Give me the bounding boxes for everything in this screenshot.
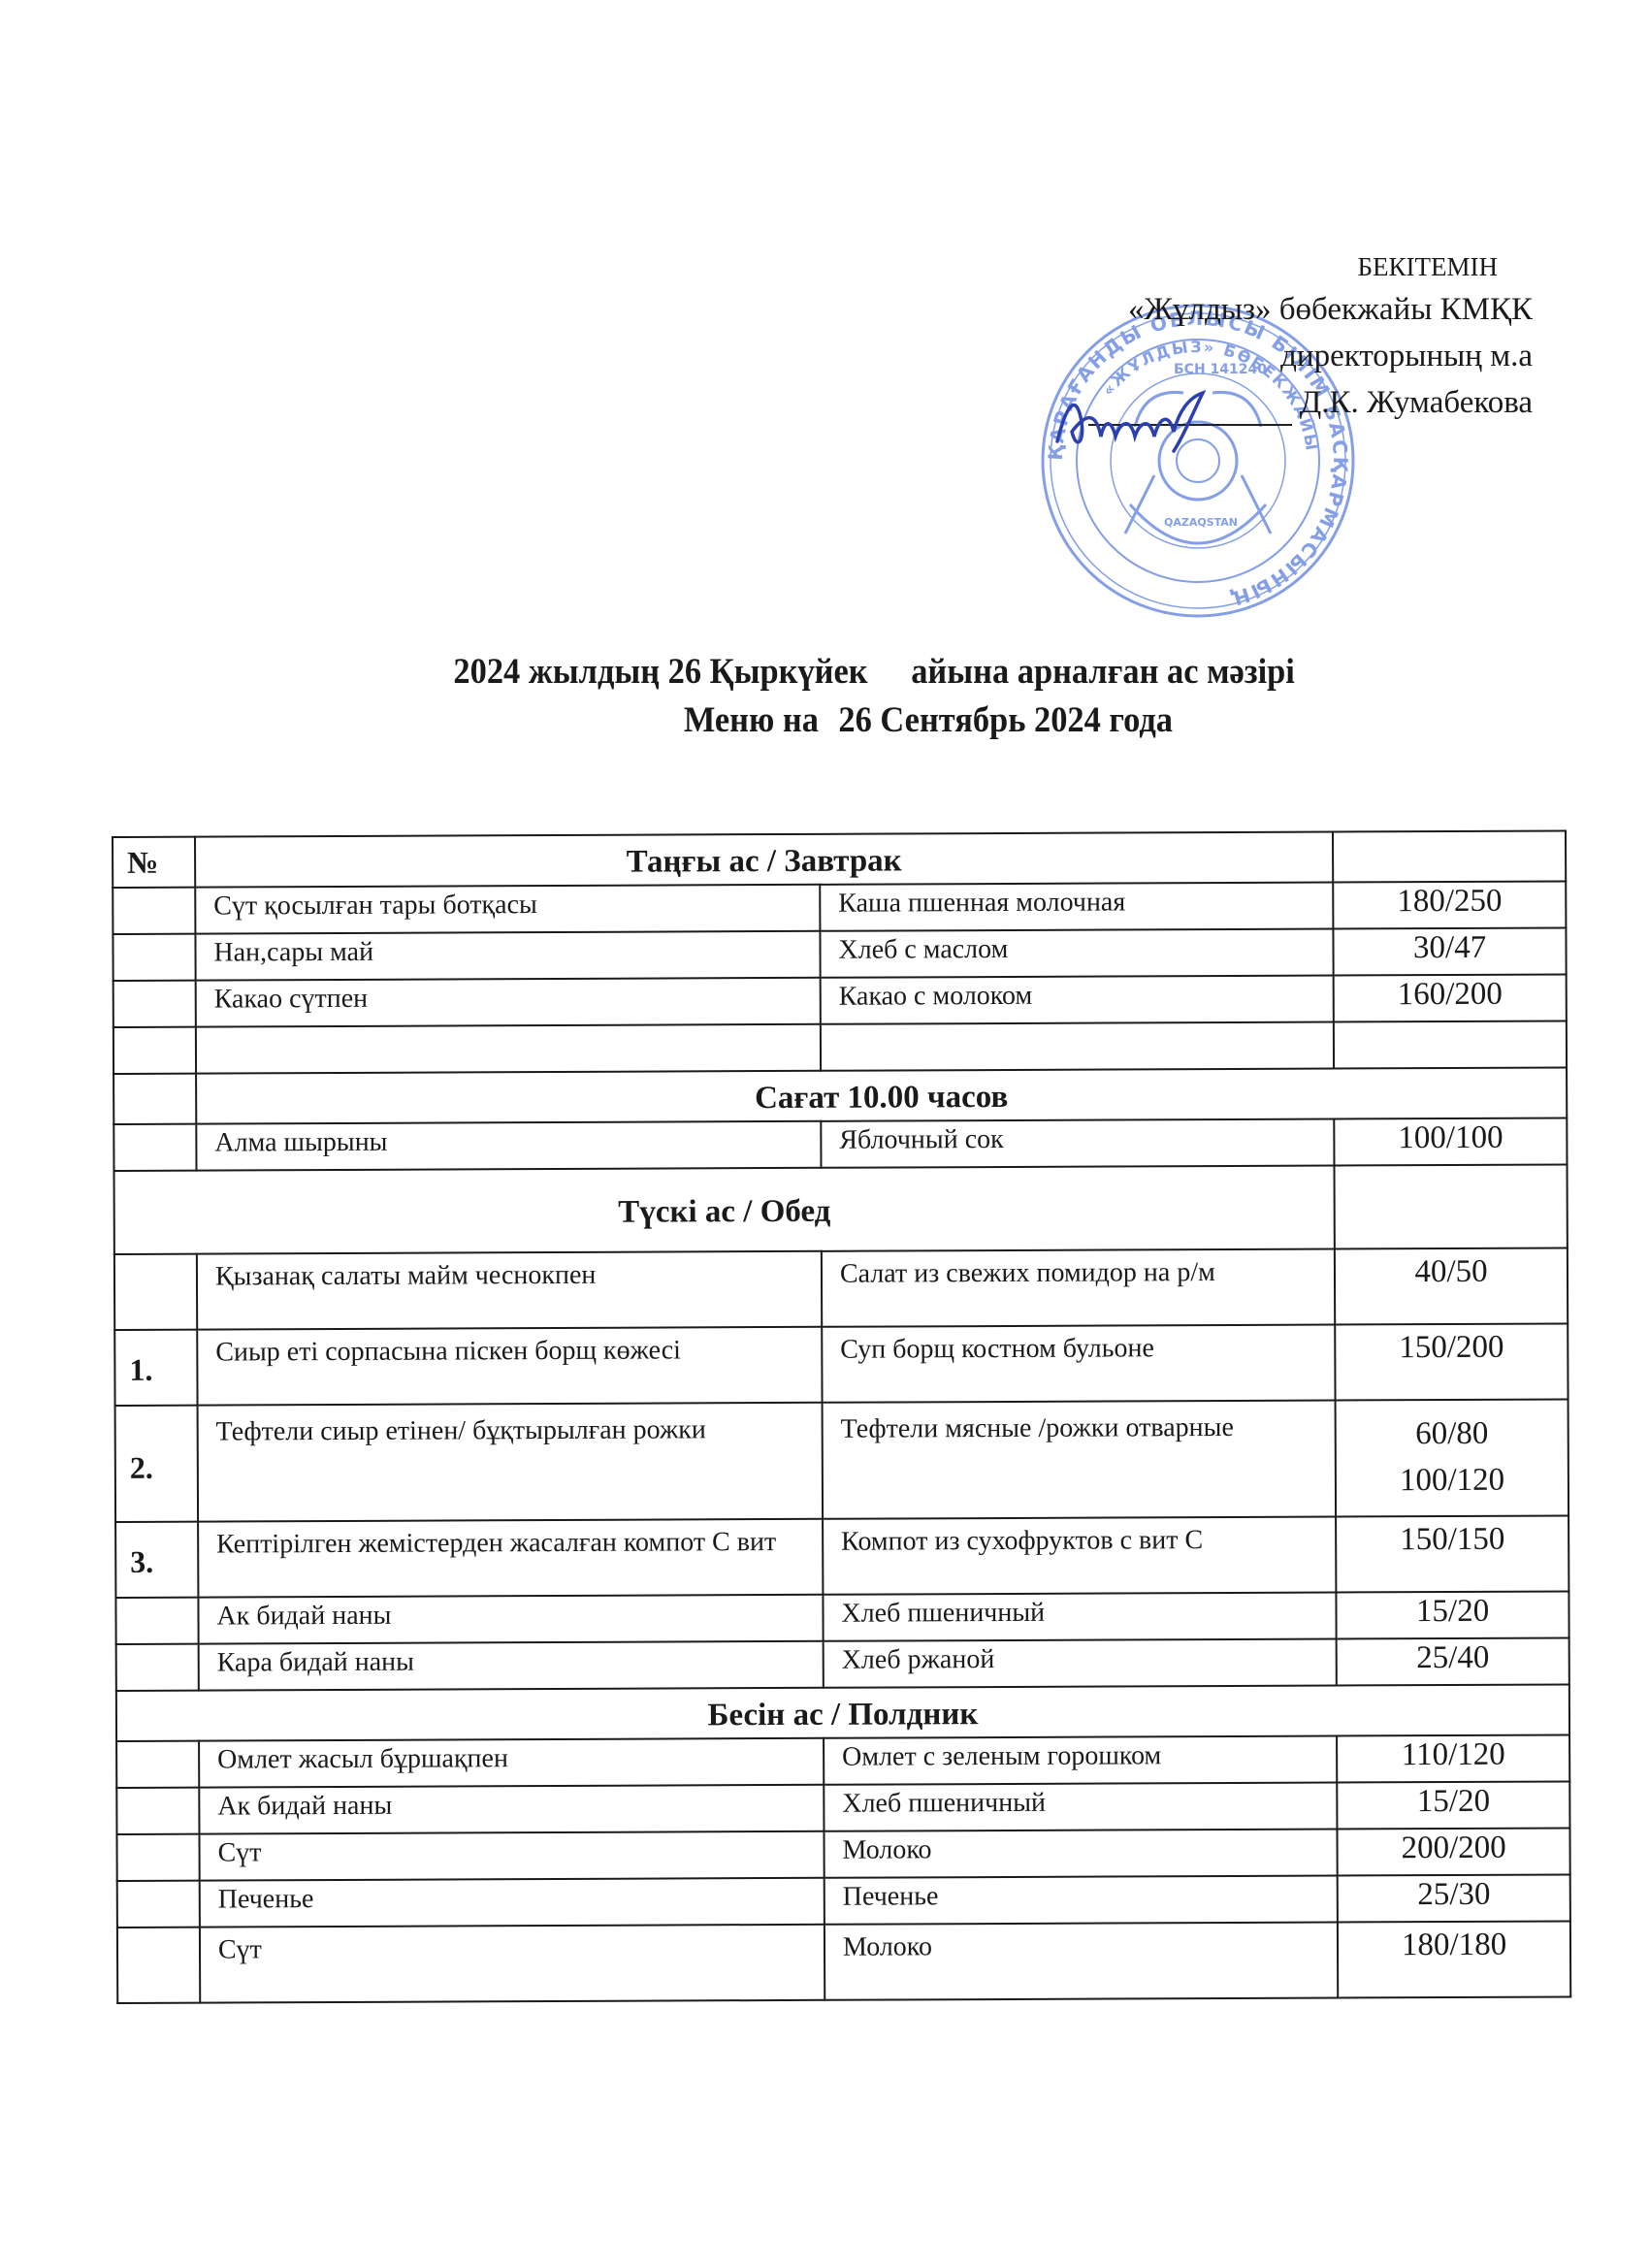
table-row: СүтМолоко180/180: [117, 1921, 1570, 2003]
table-row: [113, 1021, 1567, 1074]
portion-size: 25/30: [1338, 1874, 1570, 1922]
position-line: директорының м.а: [1088, 333, 1533, 379]
dish-name-russian: Хлеб пшеничный: [823, 1592, 1336, 1640]
item-number: [117, 1928, 200, 2003]
section-row-afternoon: Бесін ас / Полдник: [116, 1684, 1569, 1741]
portion-size: [1334, 1021, 1567, 1068]
item-number: 3.: [115, 1522, 198, 1598]
section-row-snack: Сағат 10.00 часов: [113, 1067, 1567, 1124]
section-title: Сағат 10.00 часов: [196, 1067, 1567, 1123]
item-number: [113, 888, 195, 934]
table-row: 3.Кептірілген жемістерден жасалған компо…: [115, 1515, 1568, 1598]
dish-name-kazakh: Кептірілген жемістерден жасалған компот …: [198, 1519, 823, 1598]
item-number: [113, 981, 196, 1027]
table-row: Ак бидай наныХлеб пшеничный15/20: [115, 1591, 1568, 1644]
dish-name-russian: Хлеб ржаной: [824, 1638, 1337, 1687]
item-number: [113, 934, 195, 981]
title-russian: Меню на26 Сентябрь 2024 года: [58, 697, 1592, 745]
item-number: [113, 1124, 196, 1171]
table-row: ПеченьеПеченье25/30: [117, 1874, 1570, 1928]
portion-size: 25/40: [1337, 1637, 1569, 1685]
dish-name-kazakh: Омлет жасыл бұршақпен: [199, 1738, 824, 1788]
item-number: 1.: [114, 1330, 197, 1406]
dish-name-russian: Хлеб с маслом: [820, 929, 1333, 978]
portion-size: 180/250: [1333, 881, 1566, 928]
dish-name-kazakh: Печенье: [200, 1878, 824, 1928]
section-title: Таңғы ас / Завтрак: [195, 832, 1333, 888]
portion-size: 100/100: [1334, 1118, 1567, 1165]
dish-name-russian: Суп борщ костном бульоне: [822, 1325, 1336, 1403]
dish-name-kazakh: Ак бидай наны: [198, 1595, 823, 1644]
dish-name-kazakh: Кара бидай наны: [199, 1641, 824, 1691]
portion-size: 160/200: [1334, 974, 1567, 1021]
item-number: [113, 1074, 196, 1124]
portion-size: 200/200: [1338, 1828, 1570, 1875]
section-title: Түскі ас / Обед: [114, 1166, 1336, 1254]
portion-size: 110/120: [1337, 1734, 1569, 1782]
dish-name-kazakh: Сүт: [200, 1925, 824, 2003]
organization-line: «Жұлдыз» бөбекжайы КМҚК: [1088, 286, 1533, 333]
table-row: Алма шырыныЯблочный сок100/100: [113, 1118, 1567, 1171]
table-row: Какао сүтпенКакао с молоком160/200: [113, 974, 1567, 1027]
item-number: [115, 1598, 198, 1644]
portion-size: 150/200: [1335, 1323, 1568, 1400]
item-number: [116, 1834, 199, 1881]
dish-name-russian: Хлеб пшеничный: [824, 1782, 1337, 1831]
dish-name-russian: Яблочный сок: [821, 1119, 1334, 1168]
dish-name-russian: Тефтели мясные /рожки отварные: [823, 1401, 1337, 1519]
dish-name-russian: Салат из свежих помидор на р/м: [822, 1249, 1336, 1327]
table-row: Ак бидай наныХлеб пшеничный15/20: [116, 1781, 1569, 1834]
qty-cell: [1335, 1164, 1568, 1248]
dish-name-kazakh: Сиыр еті сорпасына піскен борщ көжесі: [197, 1327, 822, 1406]
dish-name-kazakh: Тефтели сиыр етінен/ бұқтырылған рожки: [198, 1403, 824, 1522]
section-row-lunch: Түскі ас / Обед: [114, 1164, 1568, 1254]
item-number: [117, 1881, 200, 1928]
title-kazakh: 2024 жылдың 26 Қыркүйекайына арналған ас…: [58, 648, 1592, 697]
item-number: [116, 1788, 199, 1834]
dish-name-kazakh: Қызанақ салаты майм чеснокпен: [197, 1251, 822, 1330]
portion-size: 60/80100/120: [1336, 1399, 1568, 1516]
approve-word: БЕКІТЕМІН: [1088, 247, 1498, 286]
table-row: Қызанақ салаты майм чеснокпенСалат из св…: [114, 1247, 1568, 1330]
portion-size: 150/150: [1336, 1515, 1568, 1592]
portion-size: 40/50: [1335, 1247, 1568, 1324]
item-number: 2.: [115, 1406, 198, 1522]
table-row: Омлет жасыл бұршақпенОмлет с зеленым гор…: [116, 1734, 1569, 1788]
dish-name-russian: Молоко: [824, 1829, 1337, 1877]
dish-name-kazakh: [196, 1024, 821, 1074]
table-row: Нан,сары майХлеб с маслом30/47: [113, 927, 1566, 981]
dish-name-kazakh: Какао сүтпен: [196, 978, 821, 1027]
dish-name-russian: Омлет с зеленым горошком: [824, 1735, 1337, 1784]
portion-size: 15/20: [1337, 1591, 1569, 1638]
qty-cell: [1333, 830, 1566, 882]
table-row: Кара бидай наныХлеб ржаной25/40: [116, 1637, 1569, 1691]
item-number: [113, 1027, 196, 1074]
menu-title: 2024 жылдың 26 Қыркүйекайына арналған ас…: [58, 648, 1592, 745]
dish-name-kazakh: Сүт: [199, 1831, 824, 1881]
table-row: СүтМолоко200/200: [116, 1828, 1569, 1881]
table-row: 2.Тефтели сиыр етінен/ бұқтырылған рожки…: [115, 1399, 1569, 1522]
dish-name-russian: Печенье: [824, 1875, 1338, 1924]
item-number: [114, 1254, 197, 1330]
dish-name-russian: Каша пшенная молочная: [820, 883, 1333, 931]
portion-size: 30/47: [1334, 927, 1567, 975]
svg-text:QAZAQSTAN: QAZAQSTAN: [1164, 516, 1238, 529]
dish-name-kazakh: Алма шырыны: [196, 1121, 821, 1171]
menu-table: № Таңғы ас / Завтрак Сүт қосылған тары б…: [112, 829, 1571, 2004]
table-row: 1.Сиыр еті сорпасына піскен борщ көжесіС…: [114, 1323, 1568, 1406]
section-title: Бесін ас / Полдник: [116, 1684, 1569, 1741]
dish-name-kazakh: Нан,сары май: [195, 931, 820, 981]
dish-name-russian: Молоко: [824, 1922, 1339, 1999]
table-row: Сүт қосылған тары ботқасыКаша пшенная мо…: [113, 881, 1566, 934]
dish-name-russian: [821, 1022, 1334, 1071]
number-header: №: [113, 837, 195, 888]
signature-icon: [1048, 383, 1212, 461]
dish-name-russian: Какао с молоком: [821, 976, 1334, 1024]
section-row-breakfast: № Таңғы ас / Завтрак: [113, 830, 1566, 888]
signatory-name: Д.К. Жумабекова: [1300, 385, 1533, 420]
portion-size: 180/180: [1338, 1921, 1570, 1997]
dish-name-kazakh: Сүт қосылған тары ботқасы: [195, 885, 820, 934]
item-number: [116, 1644, 199, 1691]
dish-name-russian: Компот из сухофруктов с вит С: [823, 1516, 1337, 1594]
dish-name-kazakh: Ак бидай наны: [199, 1785, 824, 1834]
item-number: [116, 1741, 199, 1788]
portion-size: 15/20: [1337, 1781, 1569, 1829]
